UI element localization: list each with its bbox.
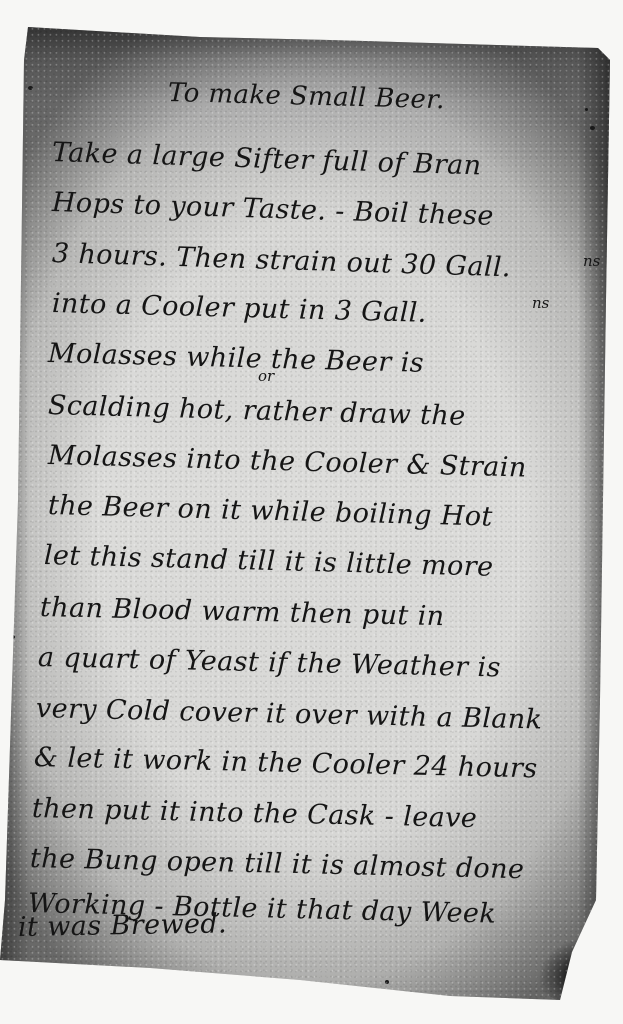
- text-line: it was Brewed.: [18, 908, 228, 943]
- text-line: 3 hours. Then strain out 30 Gall.: [52, 238, 512, 283]
- text-line: into a Cooler put in 3 Gall.: [52, 288, 428, 329]
- scanned-manuscript: To make Small Beer. Take a large Sifter …: [0, 0, 623, 1024]
- text-line: the Bung open till it is almost done: [30, 843, 525, 885]
- text-line: a quart of Yeast if the Weather is: [38, 642, 501, 683]
- text-line: very Cold cover it over with a Blank: [36, 693, 543, 735]
- interlinear-insertion: or: [258, 367, 274, 385]
- superscript-mark: ns: [532, 294, 549, 312]
- text-line: the Beer on it while boiling Hot: [48, 490, 494, 533]
- text-line: let this stand till it is little more: [44, 540, 494, 583]
- recipe-title: To make Small Beer.: [168, 78, 446, 115]
- text-line: & let it work in the Cooler 24 hours: [34, 742, 538, 784]
- text-line: Molasses while the Beer is: [48, 338, 425, 379]
- text-line: Hops to your Taste. - Boil these: [52, 187, 495, 232]
- superscript-mark: ns: [583, 252, 600, 270]
- text-line: Take a large Sifter full of Bran: [52, 137, 482, 181]
- text-line: then put it into the Cask - leave: [32, 793, 478, 834]
- text-line: Molasses into the Cooler & Strain: [48, 440, 527, 484]
- manuscript-text: To make Small Beer. Take a large Sifter …: [0, 0, 623, 1024]
- text-line: Scalding hot, rather draw the: [48, 390, 466, 432]
- text-line: than Blood warm then put in: [40, 592, 445, 632]
